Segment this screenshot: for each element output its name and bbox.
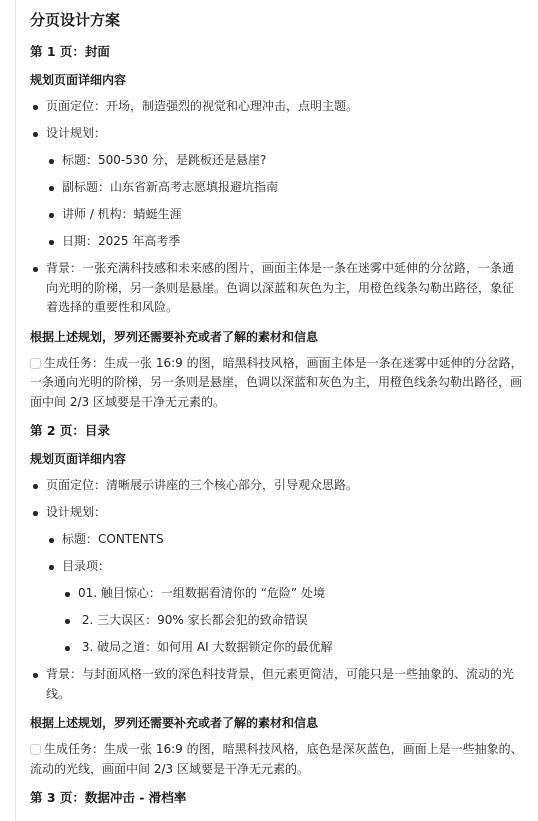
bullet-icon	[49, 186, 54, 191]
document-body: 分页设计方案 第 1 页：封面 规划页面详细内容 页面定位：开场，制造强烈的视觉…	[30, 9, 525, 817]
list-item: 3. 破局之道：如何用 AI 大数据锁定你的最优解	[62, 638, 525, 658]
design-label: 设计规划：	[46, 505, 106, 519]
design-item-title: 标题：CONTENTS	[62, 532, 164, 546]
list-item: 背景：一张充满科技感和未来感的图片，画面主体是一条在迷雾中延伸的分岔路，一条通向…	[30, 259, 525, 318]
bullet-icon	[49, 538, 54, 543]
list-item: 01. 触目惊心：一组数据看清你的 “危险” 处境	[62, 584, 525, 604]
task-checkbox[interactable]	[30, 744, 41, 755]
page-2-plan-heading: 规划页面详细内容	[30, 450, 525, 468]
bullet-icon	[33, 673, 38, 678]
bullet-icon	[49, 565, 54, 570]
design-label: 设计规划：	[46, 126, 106, 140]
list-item: 讲师 / 机构：蜻蜓生涯	[46, 205, 525, 225]
page-3-section: 第 3 页：数据冲击 - 滑档率	[30, 789, 525, 807]
toc-item-3: 3. 破局之道：如何用 AI 大数据锁定你的最优解	[78, 640, 332, 654]
bullet-icon	[33, 484, 38, 489]
design-items-list: 标题：CONTENTS 目录项： 01. 触目惊心：一组数据看清你的 “危险” …	[46, 530, 525, 658]
page-2-heading: 第 2 页：目录	[30, 422, 525, 440]
list-item: 背景：与封面风格一致的深色科技背景，但元素更简洁，可能只是一些抽象的、流动的光线…	[30, 665, 525, 704]
page-1-materials-heading: 根据上述规划，罗列还需要补充或者了解的素材和信息	[30, 328, 525, 346]
list-item: 日期：2025 年高考季	[46, 232, 525, 252]
bullet-icon	[33, 132, 38, 137]
page-1-section: 第 1 页：封面 规划页面详细内容 页面定位：开场，制造强烈的视觉和心理冲击，点…	[30, 43, 525, 412]
page-2-section: 第 2 页：目录 规划页面详细内容 页面定位：清晰展示讲座的三个核心部分，引导观…	[30, 422, 525, 779]
page-2-materials-heading: 根据上述规划，罗列还需要补充或者了解的素材和信息	[30, 714, 525, 732]
bullet-icon	[65, 646, 70, 651]
task-checkbox[interactable]	[30, 358, 41, 369]
list-item: 标题：CONTENTS	[46, 530, 525, 550]
toc-items-list: 01. 触目惊心：一组数据看清你的 “危险” 处境 2. 三大误区：90% 家长…	[62, 584, 525, 658]
page-2-task-item: 生成任务：生成一张 16:9 的图，暗黑科技风格，底色是深灰蓝色，画面上是一些抽…	[30, 740, 525, 779]
design-items-list: 标题：500-530 分，是跳板还是悬崖? 副标题：山东省新高考志愿填报避坑指南…	[46, 151, 525, 252]
background-text: 背景：与封面风格一致的深色科技背景，但元素更简洁，可能只是一些抽象的、流动的光线…	[46, 667, 514, 701]
toc-item-1: 01. 触目惊心：一组数据看清你的 “危险” 处境	[78, 586, 325, 600]
bullet-icon	[65, 592, 70, 597]
background-text: 背景：一张充满科技感和未来感的图片，画面主体是一条在迷雾中延伸的分岔路，一条通向…	[46, 261, 514, 314]
bullet-icon	[65, 619, 70, 624]
list-item: 设计规划： 标题：500-530 分，是跳板还是悬崖? 副标题：山东省新高考志愿…	[30, 124, 525, 252]
page-1-heading: 第 1 页：封面	[30, 43, 525, 61]
list-item: 2. 三大误区：90% 家长都会犯的致命错误	[62, 611, 525, 631]
positioning-text: 页面定位：清晰展示讲座的三个核心部分，引导观众思路。	[46, 478, 358, 492]
page-3-heading: 第 3 页：数据冲击 - 滑档率	[30, 789, 525, 807]
bullet-icon	[49, 240, 54, 245]
bullet-icon	[33, 267, 38, 272]
bullet-icon	[33, 511, 38, 516]
design-item-date: 日期：2025 年高考季	[62, 234, 180, 248]
task-text: 生成任务：生成一张 16:9 的图，暗黑科技风格，底色是深灰蓝色，画面上是一些抽…	[30, 742, 523, 776]
content-frame-border	[15, 0, 16, 821]
bullet-icon	[33, 105, 38, 110]
list-item: 副标题：山东省新高考志愿填报避坑指南	[46, 178, 525, 198]
toc-item-2: 2. 三大误区：90% 家长都会犯的致命错误	[78, 613, 308, 627]
page-1-plan-heading: 规划页面详细内容	[30, 71, 525, 89]
toc-label: 目录项：	[62, 559, 110, 573]
page-1-plan-list: 页面定位：开场，制造强烈的视觉和心理冲击，点明主题。 设计规划： 标题：500-…	[30, 97, 525, 318]
design-item-title: 标题：500-530 分，是跳板还是悬崖?	[62, 153, 266, 167]
list-item: 标题：500-530 分，是跳板还是悬崖?	[46, 151, 525, 171]
positioning-text: 页面定位：开场，制造强烈的视觉和心理冲击，点明主题。	[46, 99, 358, 113]
list-item: 页面定位：开场，制造强烈的视觉和心理冲击，点明主题。	[30, 97, 525, 117]
document-title: 分页设计方案	[30, 9, 525, 31]
task-text: 生成任务：生成一张 16:9 的图，暗黑科技风格，画面主体是一条在迷雾中延伸的分…	[30, 356, 523, 409]
page-1-task-item: 生成任务：生成一张 16:9 的图，暗黑科技风格，画面主体是一条在迷雾中延伸的分…	[30, 354, 525, 413]
bullet-icon	[49, 213, 54, 218]
design-item-subtitle: 副标题：山东省新高考志愿填报避坑指南	[62, 180, 278, 194]
list-item: 页面定位：清晰展示讲座的三个核心部分，引导观众思路。	[30, 476, 525, 496]
bullet-icon	[49, 159, 54, 164]
page-2-plan-list: 页面定位：清晰展示讲座的三个核心部分，引导观众思路。 设计规划： 标题：CONT…	[30, 476, 525, 704]
list-item: 目录项： 01. 触目惊心：一组数据看清你的 “危险” 处境 2. 三大误区：9…	[46, 557, 525, 658]
list-item: 设计规划： 标题：CONTENTS 目录项： 01. 触目惊心：一组数据看清你的…	[30, 503, 525, 658]
design-item-lecturer: 讲师 / 机构：蜻蜓生涯	[62, 207, 182, 221]
